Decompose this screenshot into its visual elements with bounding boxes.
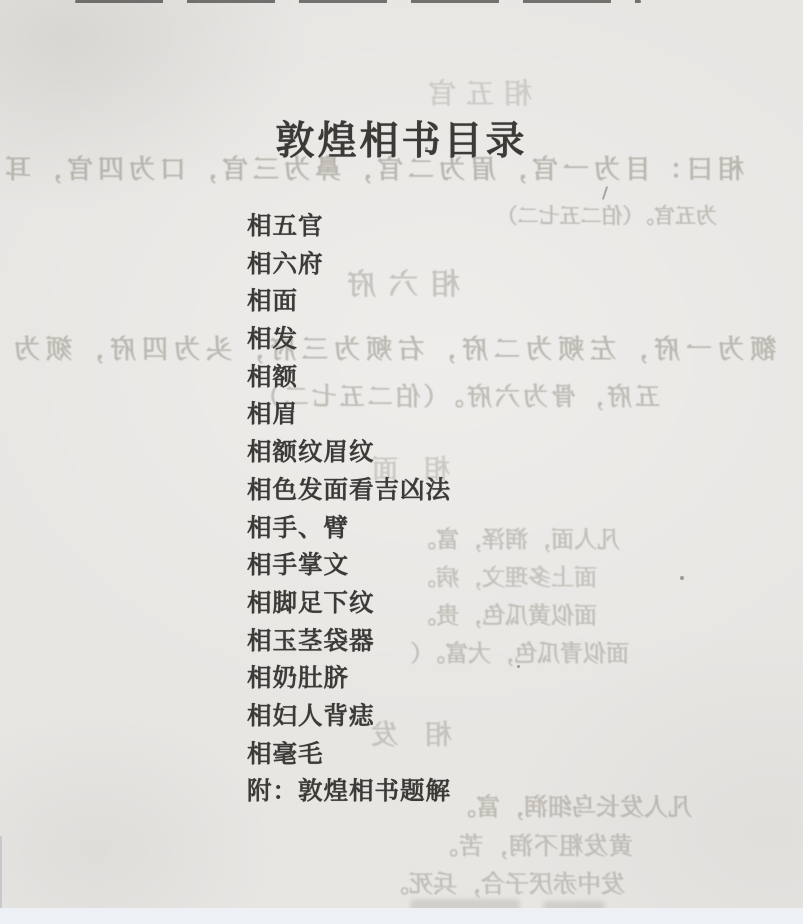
toc-item: 相毫毛: [247, 736, 451, 774]
toc-item: 附：敦煌相书题解: [247, 773, 451, 811]
table-of-contents: 相五官相六府相面相发相额相眉相额纹眉纹相色发面看吉凶法相手、臂相手掌文相脚足下纹…: [247, 208, 451, 811]
bleed-through-text: 凡人发长乌细润，富。: [452, 787, 692, 822]
toc-item: 相手、臂: [247, 510, 451, 548]
scan-left-edge-line: [0, 836, 2, 908]
toc-item: 相脚足下纹: [247, 585, 451, 623]
scan-speck: [517, 665, 520, 668]
scanned-book-page: 相五官相曰：目为一官，眉为二官，鼻为三官，口为四官，耳为五官。（伯二五七二）相六…: [0, 0, 803, 924]
toc-item: 相玉茎袋器: [247, 623, 451, 661]
toc-item: 相六府: [247, 246, 451, 284]
toc-item: 相额: [247, 359, 451, 397]
scan-stray-mark: [602, 186, 608, 200]
bleed-through-text: 发中赤厌子合，兵死。: [383, 864, 625, 899]
toc-item: 相发: [247, 321, 451, 359]
toc-item: 相妇人背痣: [247, 698, 451, 736]
bleed-through-text: 相五官: [420, 72, 532, 112]
toc-item: 相面: [247, 283, 451, 321]
scan-top-edge-line: [75, 0, 641, 3]
scan-speck: [425, 147, 428, 150]
toc-item: 相五官: [247, 208, 451, 246]
toc-item: 相眉: [247, 396, 451, 434]
scan-bottom-band: [0, 908, 803, 924]
toc-item: 相色发面看吉凶法: [247, 472, 451, 510]
toc-item: 相额纹眉纹: [247, 434, 451, 472]
toc-item: 相手掌文: [247, 547, 451, 585]
page-title: 敦煌相书目录: [0, 110, 803, 166]
bleed-through-text: 黄发粗不润，苦。: [427, 826, 633, 861]
scan-speck: [680, 576, 684, 580]
bleed-through-text: 为五官。（伯二五七二）: [486, 200, 717, 230]
toc-item: 相奶肚脐: [247, 660, 451, 698]
